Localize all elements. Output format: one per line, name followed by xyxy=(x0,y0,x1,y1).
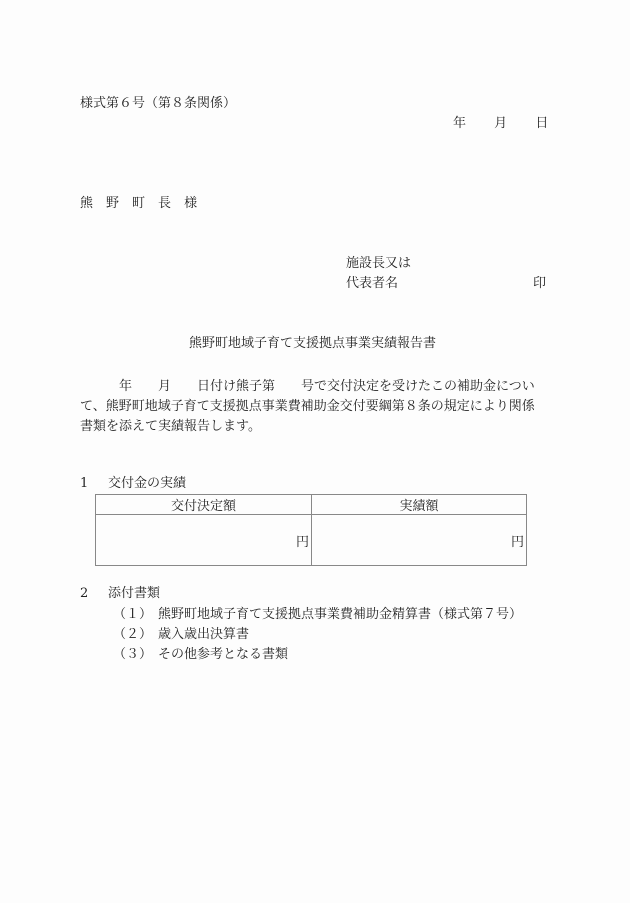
section-2-title: 添付書類 xyxy=(108,586,160,601)
list-item-label: （３） xyxy=(113,648,158,661)
list-item: （１）熊野町地域子育て支援拠点事業費補助金精算書（様式第７号） xyxy=(113,608,522,621)
actual-amount-cell[interactable]: 円 xyxy=(312,515,527,566)
addressee-char: 長 xyxy=(158,197,171,210)
list-item-label: （１） xyxy=(113,608,158,621)
list-item: （３）その他参考となる書類 xyxy=(113,648,288,661)
body-month: 月 xyxy=(158,379,171,394)
list-item: （２）歳入歳出決算書 xyxy=(113,628,249,641)
date-line: 年 月 日 xyxy=(453,117,548,130)
header-actual-amount: 実績額 xyxy=(312,495,527,515)
date-day-label: 日 xyxy=(535,117,548,130)
applicant-label-representative: 代表者名 xyxy=(346,277,398,290)
section-1-title: 交付金の実績 xyxy=(108,476,186,491)
form-number: 様式第６号（第８条関係） xyxy=(80,97,236,110)
body-line-2: て、熊野町地域子育て支援拠点事業費補助金交付要綱第８条の規定により関係 xyxy=(80,397,548,417)
addressee-char: 町 xyxy=(132,197,145,210)
body-day-ref: 日付け熊子第 xyxy=(197,379,275,394)
body-year: 年 xyxy=(119,379,132,394)
addressee-char: 野 xyxy=(106,197,119,210)
section-1-number: 1 xyxy=(80,477,108,490)
body-line-1: 年月日付け熊子第号で交付決定を受けたこの補助金につい xyxy=(80,377,548,397)
table-header-row: 交付決定額 実績額 xyxy=(96,495,527,515)
list-item-text: 熊野町地域子育て支援拠点事業費補助金精算書（様式第７号） xyxy=(158,607,522,622)
body-paragraph: 年月日付け熊子第号で交付決定を受けたこの補助金につい て、熊野町地域子育て支援拠… xyxy=(80,377,548,437)
decided-amount-cell[interactable]: 円 xyxy=(96,515,312,566)
header-decided-amount: 交付決定額 xyxy=(96,495,312,515)
addressee-char: 熊 xyxy=(80,197,93,210)
list-item-text: その他参考となる書類 xyxy=(158,647,288,662)
body-line-3: 書類を添えて実績報告します。 xyxy=(80,417,548,437)
list-item-label: （２） xyxy=(113,628,158,641)
addressee-char: 様 xyxy=(184,197,197,210)
applicant-label-facility: 施設長又は xyxy=(346,257,411,270)
seal-mark: 印 xyxy=(533,277,546,290)
section-1-heading: 1交付金の実績 xyxy=(80,477,186,490)
list-item-text: 歳入歳出決算書 xyxy=(158,627,249,642)
date-year-label: 年 xyxy=(453,117,466,130)
section-2-number: 2 xyxy=(80,587,108,600)
table-row: 円 円 xyxy=(96,515,527,566)
section-2-heading: 2添付書類 xyxy=(80,587,160,600)
body-line-1-rest: 号で交付決定を受けたこの補助金につい xyxy=(301,379,535,394)
addressee: 熊野町長様 xyxy=(80,197,210,210)
document-title: 熊野町地域子育て支援拠点事業実績報告書 xyxy=(189,337,436,350)
grant-results-table: 交付決定額 実績額 円 円 xyxy=(95,494,527,566)
date-month-label: 月 xyxy=(494,117,507,130)
